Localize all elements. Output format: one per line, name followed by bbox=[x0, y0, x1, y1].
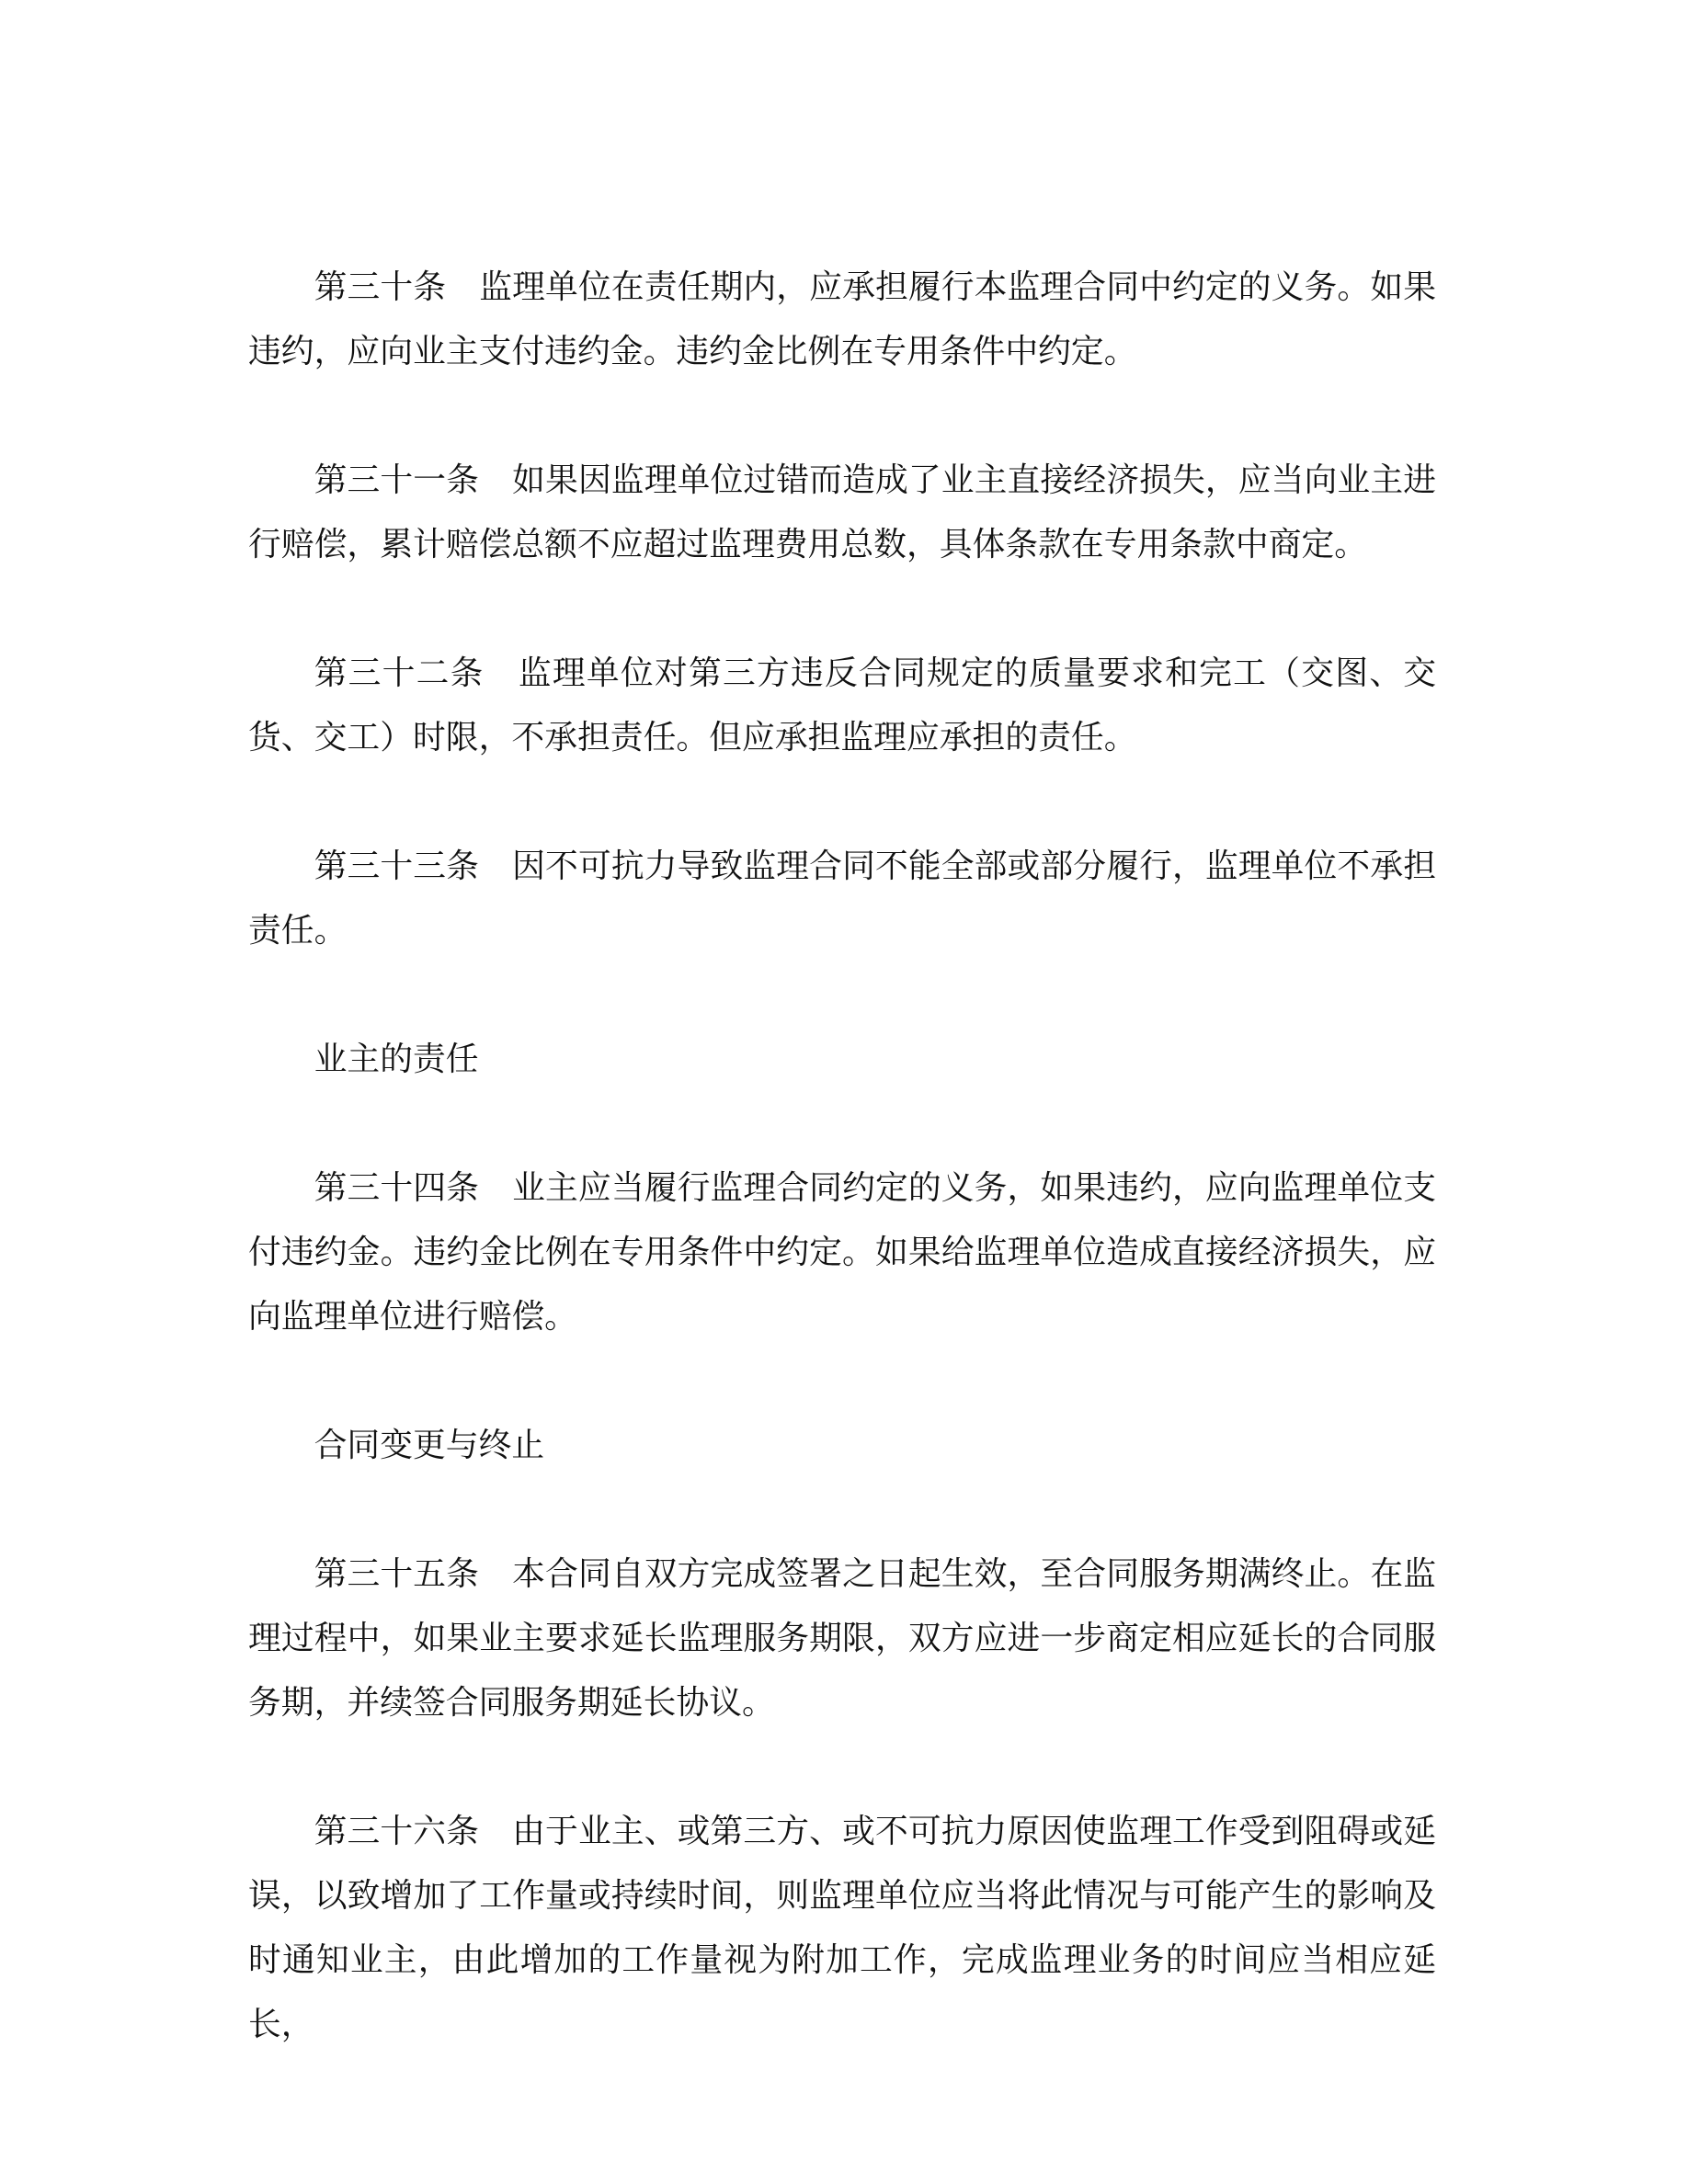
article-number: 第三十五条 bbox=[314, 1555, 479, 1593]
article-35: 第三十五条本合同自双方完成签署之日起生效，至合同服务期满终止。在监理过程中，如果… bbox=[248, 1542, 1436, 1735]
article-30: 第三十条监理单位在责任期内，应承担履行本监理合同中约定的义务。如果违约，应向业主… bbox=[248, 256, 1436, 384]
document-page: 第三十条监理单位在责任期内，应承担履行本监理合同中约定的义务。如果违约，应向业主… bbox=[248, 256, 1436, 2121]
article-34: 第三十四条业主应当履行监理合同约定的义务，如果违约，应向监理单位支付违约金。违约… bbox=[248, 1156, 1436, 1349]
section-heading-contract-change-termination: 合同变更与终止 bbox=[248, 1414, 1436, 1478]
article-number: 第三十条 bbox=[314, 268, 447, 306]
article-number: 第三十一条 bbox=[314, 461, 479, 499]
article-number: 第三十六条 bbox=[314, 1813, 479, 1850]
article-32: 第三十二条监理单位对第三方违反合同规定的质量要求和完工（交图、交货、交工）时限，… bbox=[248, 642, 1436, 770]
article-31: 第三十一条如果因监理单位过错而造成了业主直接经济损失，应当向业主进行赔偿，累计赔… bbox=[248, 449, 1436, 577]
article-number: 第三十三条 bbox=[314, 847, 479, 885]
article-36: 第三十六条由于业主、或第三方、或不可抗力原因使监理工作受到阻碍或延误，以致增加了… bbox=[248, 1800, 1436, 2057]
section-heading-owner-responsibility: 业主的责任 bbox=[248, 1028, 1436, 1092]
article-33: 第三十三条因不可抗力导致监理合同不能全部或部分履行，监理单位不承担责任。 bbox=[248, 835, 1436, 963]
article-number: 第三十四条 bbox=[314, 1169, 479, 1207]
article-number: 第三十二条 bbox=[314, 654, 485, 692]
